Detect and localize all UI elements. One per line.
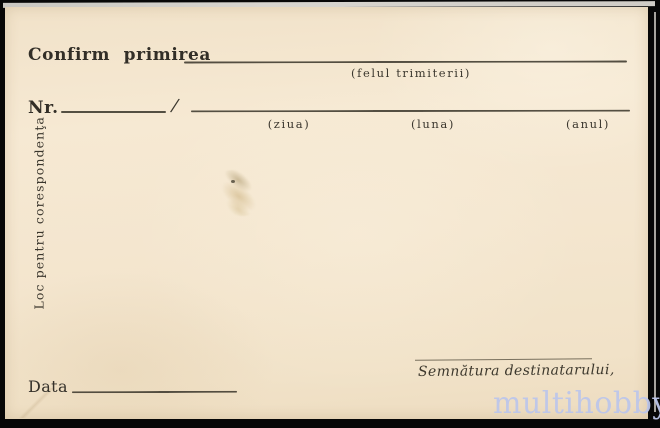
- luna-hint: (luna): [402, 117, 464, 131]
- nr-label: Nr.: [28, 98, 59, 118]
- postcard-paper: [5, 7, 648, 419]
- card-right-edge: [654, 12, 656, 412]
- multihobby-watermark: multihobby: [493, 386, 660, 421]
- anul-hint: (anul): [557, 117, 619, 131]
- semnatura-destinatarului-label: Semnătura destinatarului,: [418, 362, 615, 380]
- paper-stain-speck: [231, 180, 235, 183]
- nr-fill-line: [61, 111, 166, 113]
- felul-trimiterii-hint: (felul trimiterii): [336, 66, 486, 80]
- data-label: Data: [28, 377, 68, 396]
- scanned-receipt-form: Confirm primirea (felul trimiterii) Nr. …: [0, 0, 660, 428]
- loc-pentru-corespondenta-label: Loc pentru corespondenţa: [32, 158, 47, 310]
- ziua-hint: (ziua): [258, 117, 320, 131]
